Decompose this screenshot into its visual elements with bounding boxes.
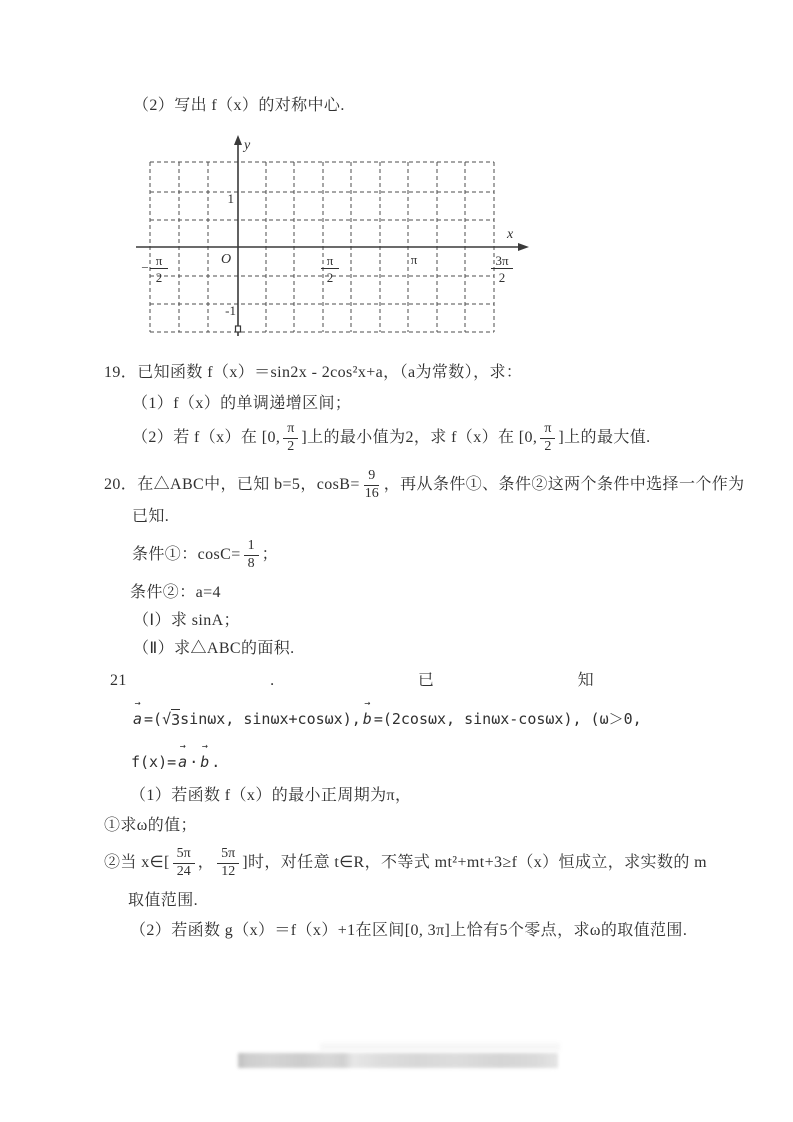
vector-arrow-icon: → <box>133 699 142 709</box>
condition-2-text: 条件②：a=4 <box>130 583 221 604</box>
y-axis-arrow <box>234 135 242 145</box>
watermark-faint-bar <box>320 1043 560 1051</box>
vector-a-label: a <box>178 753 187 771</box>
y-axis-label: y <box>242 138 251 153</box>
fraction-denominator: 24 <box>175 864 193 880</box>
radicand-3: 3 <box>171 709 180 731</box>
problem-21-sub1: ①求ω的值； <box>104 816 197 837</box>
x-axis-label: x <box>506 227 514 242</box>
problem-21-item1: （1）若函数 f（x）的最小正周期为π， <box>130 786 411 807</box>
problem-21-sub2-seg1: ②当 x∈[ <box>104 853 170 874</box>
fraction-1-over-8: 1 8 <box>244 538 259 571</box>
problem-21-number: 21 <box>110 671 127 692</box>
origin-label: O <box>221 252 231 267</box>
vector-definition: → a =( √ 3 sinωx, sinωx+cosωx), → b =(2c… <box>131 706 642 734</box>
fraction-pi-over-2: π 2 <box>540 421 555 454</box>
problem-21-item2-text: （2）若函数 g（x）＝f（x）+1在区间[0, 3π]上恰有5个零点，求ω的取… <box>130 921 687 942</box>
svg-text:2: 2 <box>156 270 163 285</box>
axes <box>136 141 522 336</box>
vector-b: → b <box>363 710 372 730</box>
y-tick-1: 1 <box>228 191 235 206</box>
vector-a: → a <box>178 753 187 773</box>
problem-21-sub2-seg2: ]时，对任意 t∈R，不等式 mt²+mt+3≥f（x）恒成立，求实数的 m <box>242 853 707 874</box>
problem-21-heading: 21 . 已 知 <box>110 671 594 692</box>
vector-b: → b <box>200 753 209 773</box>
fraction-numerator: π <box>540 421 555 438</box>
problem-19-item2-seg1: （2）若 f（x）在 [0, <box>132 428 280 449</box>
problem-20-title-seg2: ，再从条件①、条件②这两个条件中选择一个作为 <box>384 475 745 496</box>
problem-20-known-text: 已知. <box>132 507 169 528</box>
condition-1-seg2: ； <box>262 545 278 566</box>
coordinate-grid-figure: y x O 1 -1 − π 2 π 2 π 3π 2 <box>130 133 542 353</box>
problem-21-dot: . <box>270 671 274 692</box>
vector-arrow-icon: → <box>363 699 372 709</box>
problem-21-sub2-cont: 取值范围. <box>128 891 198 912</box>
problem-19-item2: （2）若 f（x）在 [0, π 2 ]上的最小值为2，求 f（x）在 [0, … <box>132 418 651 458</box>
problem-19-title-text: 19．已知函数 f（x）＝sin2x - 2cos²x+a，（a为常数），求： <box>104 363 522 384</box>
problem-18-part2: （2）写出 f（x）的对称中心. <box>133 96 345 117</box>
fraction-denominator: 16 <box>363 486 381 502</box>
watermark-bar <box>238 1053 558 1068</box>
problem-21-item1-text: （1）若函数 f（x）的最小正周期为π， <box>130 786 411 807</box>
svg-text:2: 2 <box>327 270 334 285</box>
vector-def-seg1: =( <box>144 710 162 730</box>
fraction-5pi-over-12: 5π 12 <box>217 846 239 879</box>
fraction-denominator: 2 <box>542 439 553 455</box>
fraction-numerator: π <box>283 421 298 438</box>
problem-21-sub2-comma: ， <box>198 853 214 874</box>
problem-19-item1: （1）f（x）的单调递增区间； <box>132 394 351 415</box>
y-tick-neg1: -1 <box>225 303 236 318</box>
fraction-numerator: 5π <box>173 846 195 863</box>
problem-20-known: 已知. <box>132 507 169 528</box>
problem-21-sub2-cont-text: 取值范围. <box>128 891 198 912</box>
fraction-5pi-over-24: 5π 24 <box>173 846 195 879</box>
dot-operator: · <box>189 753 198 773</box>
svg-text:π: π <box>327 253 334 268</box>
svg-text:3π: 3π <box>495 253 509 268</box>
x-axis-arrow <box>518 243 529 251</box>
vector-b-label: b <box>363 710 372 728</box>
vector-a: → a <box>133 710 142 730</box>
problem-21-item2: （2）若函数 g（x）＝f（x）+1在区间[0, 3π]上恰有5个零点，求ω的取… <box>130 921 687 942</box>
fraction-denominator: 12 <box>219 864 237 880</box>
fraction-denominator: 2 <box>285 439 296 455</box>
problem-21-char1: 已 <box>418 671 434 692</box>
fraction-numerator: 9 <box>364 468 379 485</box>
fx-definition: f(x)= → a · → b . <box>131 750 220 776</box>
vector-def-seg2: sinωx, sinωx+cosωx), <box>180 710 361 730</box>
vector-b-label: b <box>200 753 209 771</box>
fraction-denominator: 8 <box>246 556 257 572</box>
problem-19-title: 19．已知函数 f（x）＝sin2x - 2cos²x+a，（a为常数），求： <box>104 363 522 384</box>
problem-21-char2: 知 <box>578 671 594 692</box>
svg-text:−: − <box>141 260 148 275</box>
fraction-numerator: 5π <box>217 846 239 863</box>
problem-20-part1-text: （Ⅰ）求 sinA； <box>133 611 240 632</box>
condition-2: 条件②：a=4 <box>130 583 221 604</box>
problem-20-part2-text: （Ⅱ）求△ABC的面积. <box>133 639 295 660</box>
problem-19-item2-seg2: ]上的最小值为2，求 f（x）在 [0, <box>301 428 537 449</box>
vector-arrow-icon: → <box>178 742 187 752</box>
axis-end-mark <box>236 326 241 332</box>
condition-1: 条件①：cosC= 1 8 ； <box>132 536 278 574</box>
problem-20-part1: （Ⅰ）求 sinA； <box>133 611 240 632</box>
condition-1-seg1: 条件①：cosC= <box>132 545 241 566</box>
fraction-pi-over-2: π 2 <box>283 421 298 454</box>
x-tick-neg-half-pi: − π 2 <box>141 253 168 285</box>
problem-21-sub2: ②当 x∈[ 5π 24 ， 5π 12 ]时，对任意 t∈R，不等式 mt²+… <box>104 843 707 883</box>
problem-18-part2-text: （2）写出 f（x）的对称中心. <box>133 96 345 117</box>
svg-text:π: π <box>156 253 163 268</box>
fx-def-seg1: f(x)= <box>131 753 176 773</box>
x-tick-three-half-pi: 3π 2 <box>491 253 513 285</box>
problem-20-title: 20．在△ABC中，已知 b=5，cosB= 9 16 ，再从条件①、条件②这两… <box>104 465 745 505</box>
vector-a-label: a <box>133 710 142 728</box>
fx-def-end: . <box>211 753 220 773</box>
problem-20-part2: （Ⅱ）求△ABC的面积. <box>133 639 295 660</box>
x-tick-half-pi: π 2 <box>321 253 339 285</box>
vector-def-seg3: =(2cosωx, sinωx-cosωx), (ω＞0, <box>374 710 642 730</box>
fraction-numerator: 1 <box>244 538 259 555</box>
problem-21-sub1-text: ①求ω的值； <box>104 816 197 837</box>
problem-19-item1-text: （1）f（x）的单调递增区间； <box>132 394 351 415</box>
svg-text:2: 2 <box>499 270 506 285</box>
x-tick-pi: π <box>411 252 418 267</box>
problem-20-title-seg1: 20．在△ABC中，已知 b=5，cosB= <box>104 475 360 496</box>
exam-page: （2）写出 f（x）的对称中心. <box>0 0 793 1122</box>
fraction-9-over-16: 9 16 <box>363 468 381 501</box>
radical-icon: √ <box>162 710 171 730</box>
vector-arrow-icon: → <box>200 742 209 752</box>
problem-19-item2-seg3: ]上的最大值. <box>558 428 650 449</box>
